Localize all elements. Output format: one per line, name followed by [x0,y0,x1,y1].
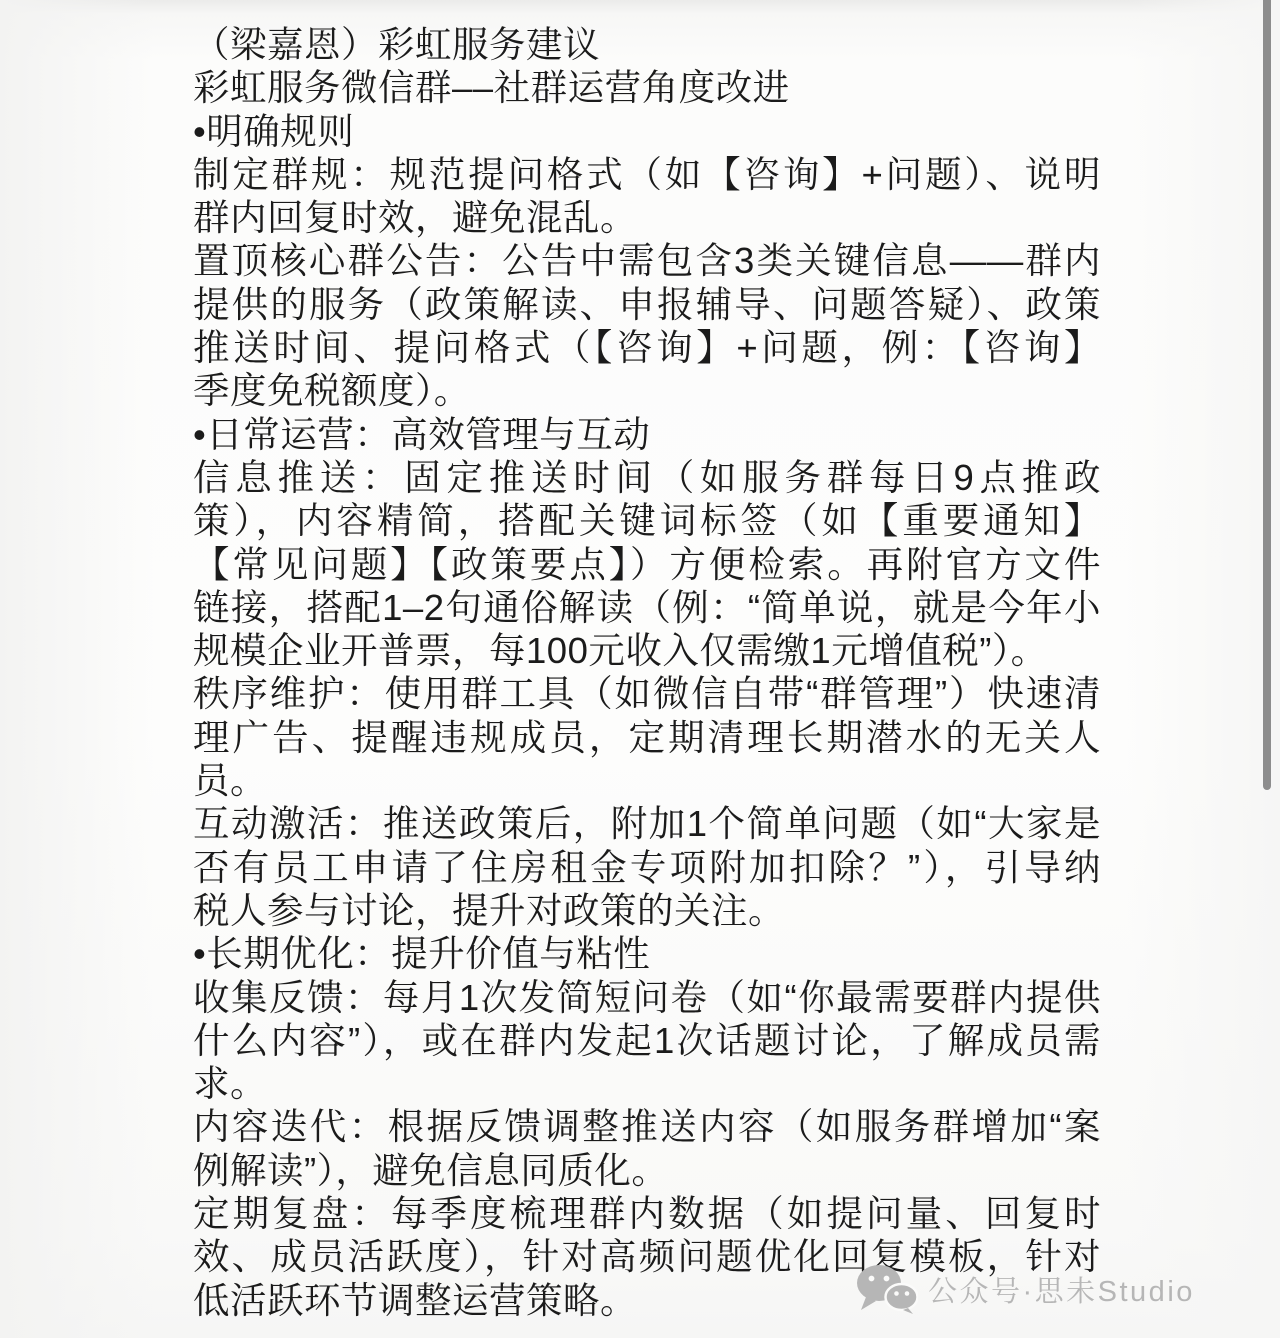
watermark-text: 公众号·思未Studio [928,1269,1195,1310]
text-line: 税人参与讨论，提升对政策的关注。 [193,889,1101,932]
watermark: 公众号·思未Studio [856,1264,1195,1314]
text-line: 内容迭代：根据反馈调整推送内容（如服务群增加“案 [193,1105,1101,1148]
text-line: 互动激活：推送政策后，附加1个简单问题（如“大家是 [193,802,1101,845]
text-line: 策），内容精简，搭配关键词标签（如【重要通知】 [193,499,1101,542]
wechat-icon [856,1264,918,1314]
text-line: 【常见问题】【政策要点】）方便检索。再附官方文件 [193,543,1101,586]
text-line: 置顶核心群公告：公告中需包含3类关键信息——群内 [193,239,1101,282]
scrollbar-thumb[interactable] [1263,0,1271,790]
text-line: 制定群规：规范提问格式（如【咨询】+问题）、说明 [193,153,1101,196]
text-line: •长期优化：提升价值与粘性 [193,932,1101,975]
document-text: （梁嘉恩）彩虹服务建议彩虹服务微信群––社群运营角度改进•明确规则制定群规：规范… [193,23,1101,1322]
text-line: 什么内容”），或在群内发起1次话题讨论，了解成员需 [193,1019,1101,1062]
text-line: 信息推送：固定推送时间（如服务群每日9点推政 [193,456,1101,499]
text-line: 秩序维护：使用群工具（如微信自带“群管理”）快速清 [193,672,1101,715]
text-line: 推送时间、提问格式（【咨询】+问题，例：【咨询】 [193,326,1101,369]
text-line: 理广告、提醒违规成员，定期清理长期潜水的无关人 [193,716,1101,759]
text-line: •明确规则 [193,110,1101,153]
text-line: 彩虹服务微信群––社群运营角度改进 [193,66,1101,109]
text-line: 求。 [193,1062,1101,1105]
text-line: 否有员工申请了住房租金专项附加扣除？”），引导纳 [193,846,1101,889]
text-line: •日常运营：高效管理与互动 [193,413,1101,456]
text-line: 链接，搭配1–2句通俗解读（例：“简单说，就是今年小 [193,586,1101,629]
text-line: 定期复盘：每季度梳理群内数据（如提问量、回复时 [193,1192,1101,1235]
text-line: 规模企业开普票，每100元收入仅需缴1元增值税”）。 [193,629,1101,672]
text-line: （梁嘉恩）彩虹服务建议 [193,23,1101,66]
text-line: 提供的服务（政策解读、申报辅导、问题答疑）、政策 [193,283,1101,326]
text-line: 收集反馈：每月1次发简短问卷（如“你最需要群内提供 [193,976,1101,1019]
text-line: 员。 [193,759,1101,802]
text-line: 季度免税额度）。 [193,369,1101,412]
text-line: 例解读”），避免信息同质化。 [193,1149,1101,1192]
document-page: （梁嘉恩）彩虹服务建议彩虹服务微信群––社群运营角度改进•明确规则制定群规：规范… [0,0,1280,1338]
text-line: 群内回复时效，避免混乱。 [193,196,1101,239]
